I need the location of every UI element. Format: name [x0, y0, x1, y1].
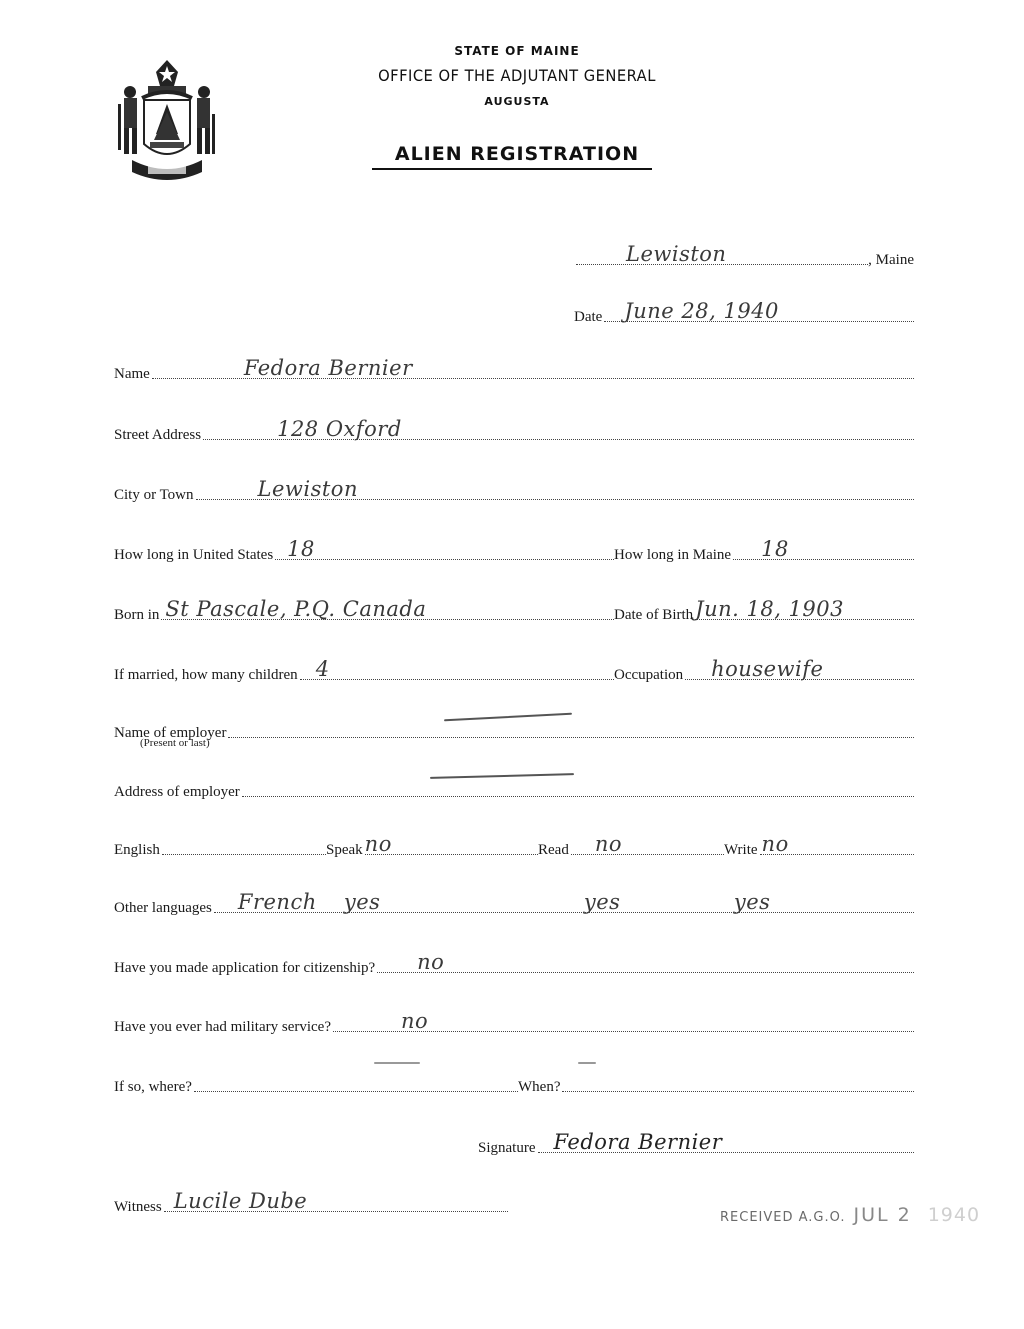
received-stamp-text: RECEIVED A.G.O. [720, 1210, 845, 1225]
date-label: Date [574, 309, 604, 326]
when-blank-dash [578, 1062, 596, 1064]
english-write-value: no [762, 832, 789, 856]
service-where-field[interactable]: If so, where? [114, 1072, 518, 1096]
signature-value: Fedora Bernier [554, 1130, 723, 1154]
signature-field[interactable]: Signature Fedora Bernier [478, 1133, 914, 1157]
citizenship-label: Have you made application for citizenshi… [114, 960, 377, 977]
header-state: STATE OF MAINE [0, 44, 1024, 58]
received-stamp-date: JUL 2 [853, 1204, 911, 1226]
years-in-maine-label: How long in Maine [614, 547, 733, 564]
service-when-field[interactable]: When? [518, 1072, 914, 1096]
children-field[interactable]: If married, how many children 4 [114, 660, 614, 684]
years-in-maine-value: 18 [761, 537, 789, 561]
place-value: Lewiston [626, 242, 726, 266]
other-language-value: French [238, 890, 317, 914]
english-read-label: Read [538, 842, 571, 859]
other-languages-label: Other languages [114, 900, 214, 917]
military-service-field[interactable]: Have you ever had military service? no [114, 1012, 914, 1036]
occupation-field[interactable]: Occupation housewife [614, 660, 914, 684]
english-read-field[interactable]: Read no [538, 835, 724, 859]
employer-name-field[interactable]: Name of employer [114, 718, 914, 742]
children-label: If married, how many children [114, 667, 300, 684]
other-language-write-value: yes [734, 890, 771, 914]
employer-address-label: Address of employer [114, 784, 242, 801]
children-value: 4 [316, 657, 330, 681]
city-value: Lewiston [258, 477, 358, 501]
street-address-field[interactable]: Street Address 128 Oxford [114, 420, 914, 444]
service-where-label: If so, where? [114, 1079, 194, 1096]
date-value: June 28, 1940 [624, 299, 779, 323]
english-write-label: Write [724, 842, 760, 859]
name-label: Name [114, 366, 152, 383]
years-in-us-field[interactable]: How long in United States 18 [114, 540, 614, 564]
years-in-us-label: How long in United States [114, 547, 275, 564]
english-speak-label: Speak [326, 842, 365, 859]
name-field[interactable]: Name Fedora Bernier [114, 359, 914, 383]
street-address-value: 128 Oxford [277, 417, 402, 441]
english-label: English [114, 842, 162, 859]
signature-label: Signature [478, 1140, 538, 1157]
form-title: ALIEN REGISTRATION [0, 143, 1024, 165]
english-write-field[interactable]: Write no [724, 835, 914, 859]
service-when-label: When? [518, 1079, 562, 1096]
where-blank-dash [374, 1062, 420, 1064]
place-field[interactable]: Lewiston , Maine [576, 245, 916, 269]
birthplace-label: Born in [114, 607, 161, 624]
occupation-label: Occupation [614, 667, 685, 684]
received-stamp-year: 1940 [928, 1204, 980, 1226]
occupation-value: housewife [711, 657, 823, 681]
city-field[interactable]: City or Town Lewiston [114, 480, 914, 504]
birthplace-field[interactable]: Born in St Pascale, P.Q. Canada [114, 600, 614, 624]
received-stamp: RECEIVED A.G.O.JUL 21940 [720, 1204, 980, 1226]
citizenship-field[interactable]: Have you made application for citizenshi… [114, 953, 914, 977]
header-city: AUGUSTA [0, 95, 1024, 108]
street-address-label: Street Address [114, 427, 203, 444]
english-field: English [114, 835, 326, 859]
employer-name-sublabel: (Present or last) [140, 737, 210, 749]
title-underline [372, 168, 652, 170]
date-of-birth-value: Jun. 18, 1903 [695, 597, 844, 621]
witness-field[interactable]: Witness Lucile Dube [114, 1192, 508, 1216]
years-in-us-value: 18 [287, 537, 315, 561]
city-label: City or Town [114, 487, 196, 504]
english-speak-field[interactable]: Speak no [326, 835, 538, 859]
other-language-read-value: yes [584, 890, 621, 914]
years-in-maine-field[interactable]: How long in Maine 18 [614, 540, 914, 564]
date-of-birth-label: Date of Birth [614, 607, 695, 624]
birthplace-value: St Pascale, P.Q. Canada [165, 597, 426, 621]
place-suffix: , Maine [868, 252, 916, 269]
other-language-speak-value: yes [344, 890, 381, 914]
english-speak-value: no [365, 832, 392, 856]
date-of-birth-field[interactable]: Date of Birth Jun. 18, 1903 [614, 600, 914, 624]
date-field[interactable]: Date June 28, 1940 [574, 302, 914, 326]
other-languages-field[interactable]: Other languages French yes yes yes [114, 893, 914, 917]
citizenship-value: no [417, 950, 444, 974]
name-value: Fedora Bernier [244, 356, 413, 380]
witness-value: Lucile Dube [174, 1189, 308, 1213]
english-read-value: no [595, 832, 622, 856]
military-service-label: Have you ever had military service? [114, 1019, 333, 1036]
employer-address-field[interactable]: Address of employer [114, 777, 914, 801]
witness-label: Witness [114, 1199, 164, 1216]
header-office: OFFICE OF THE ADJUTANT GENERAL [41, 66, 992, 85]
military-service-value: no [401, 1009, 428, 1033]
